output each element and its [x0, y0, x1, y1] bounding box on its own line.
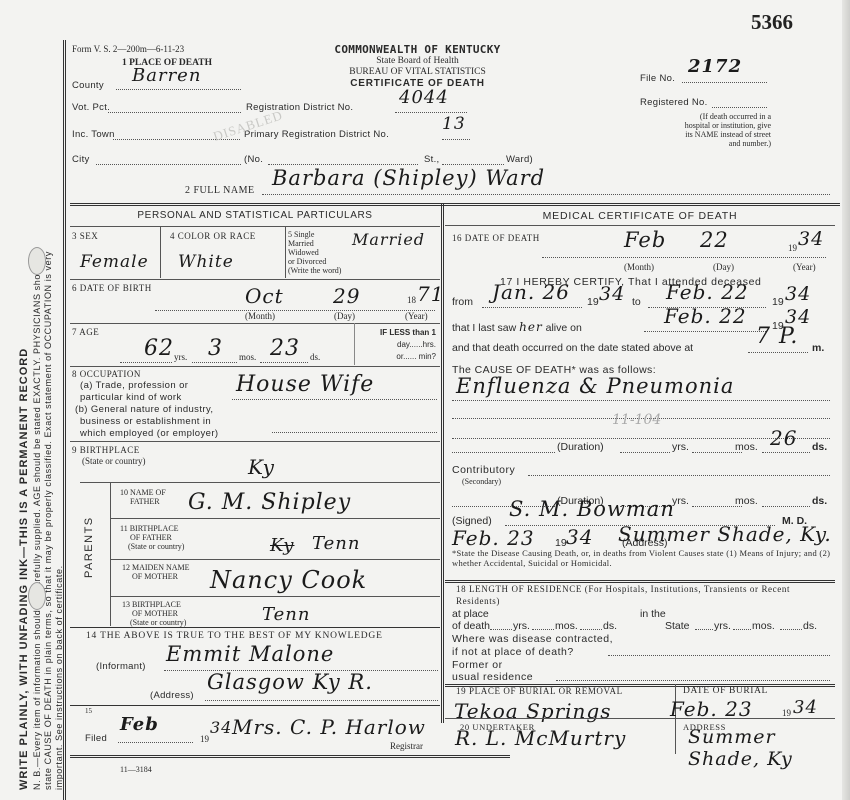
date-of-death-field[interactable]: Feb 22 19 34 — [542, 240, 826, 258]
attended-from-field[interactable]: Jan. 26 — [482, 286, 582, 308]
mother-name-value[interactable]: Nancy Cook — [210, 566, 367, 594]
cell-divider — [285, 226, 286, 278]
dod-day-caption: (Day) — [713, 262, 734, 272]
dod-year-caption: (Year) — [793, 262, 816, 272]
from-year-prefix: 19 — [587, 296, 599, 308]
length-of-residence-label: 18 LENGTH OF RESIDENCE (For Hospitals, I… — [456, 583, 836, 607]
residence-place-mos-field[interactable] — [532, 619, 554, 630]
parents-divider — [110, 482, 111, 626]
vot-pct-label: Vot. Pct. — [72, 102, 110, 113]
primary-reg-district-label: Primary Registration District No. — [244, 129, 389, 140]
sex-value[interactable]: Female — [80, 252, 149, 272]
row-divider — [445, 718, 835, 719]
registrar-label: Registrar — [390, 741, 423, 751]
city-no-label: (No. — [244, 154, 263, 165]
city-ward-field[interactable] — [442, 152, 504, 165]
age-ds-label: ds. — [310, 352, 320, 362]
county-label: County — [72, 80, 104, 91]
parents-side-label: PARENTS — [83, 516, 95, 578]
registration-district-label: Registration District No. — [246, 102, 353, 113]
signature-date[interactable]: Feb. 23 — [452, 526, 535, 550]
file-no-field[interactable]: 2172 — [682, 62, 767, 83]
row-divider — [70, 366, 440, 367]
attended-from-year[interactable]: 34 — [599, 283, 625, 305]
contrib-duration-ds-label: ds. — [812, 495, 827, 507]
age-months: 3 — [208, 336, 223, 361]
informant-value: Emmit Malone — [166, 642, 334, 666]
county-value: Barren — [132, 65, 201, 86]
margin-instruction-line3: state CAUSE OF DEATH in plain terms, so … — [43, 251, 53, 790]
margin-instruction-main: WRITE PLAINLY, WITH UNFADING INK—THIS IS… — [18, 348, 30, 790]
death-time-field[interactable]: 7 P. — [748, 330, 808, 353]
duration-ds-value: 26 — [770, 426, 797, 450]
birthplace-value[interactable]: Ky — [248, 455, 275, 479]
full-name-value: Barbara (Shipley) Ward — [272, 166, 545, 190]
occupation-label: 8 OCCUPATION — [72, 369, 141, 379]
residence-state-mos-field[interactable] — [733, 619, 751, 630]
mother-name-label-1: 12 MAIDEN NAME — [122, 563, 190, 572]
dob-day: 29 — [333, 284, 360, 308]
city-st-label: St., — [424, 154, 439, 165]
signature-year[interactable]: 34 — [566, 525, 593, 549]
mother-birthplace-label-2: OF MOTHER — [122, 609, 186, 618]
row-divider — [70, 226, 440, 227]
occupation-b-label-2: business or establishment in — [75, 416, 218, 428]
city-ward-label: Ward) — [506, 154, 533, 165]
duration-ds-field[interactable]: 26 — [762, 432, 810, 453]
informant-address-label: (Address) — [150, 690, 194, 701]
dob-month: Oct — [245, 284, 284, 308]
filed-year-prefix: 19 — [200, 734, 209, 744]
row-divider — [70, 279, 440, 280]
row-divider — [70, 323, 440, 324]
less-than-label: IF LESS than 1 — [358, 327, 436, 339]
margin-instruction-line2: N. B.—Every item of information should b… — [32, 260, 42, 790]
mother-name-label-2: OF MOTHER — [122, 572, 190, 581]
father-name-value[interactable]: G. M. Shipley — [188, 490, 351, 515]
contributory-field[interactable] — [528, 463, 830, 476]
row-divider — [445, 225, 835, 226]
file-no-label: File No. — [640, 73, 675, 84]
father-birthplace-label-1: 11 BIRTHPLACE — [120, 524, 184, 533]
print-code: 11—3184 — [120, 765, 152, 774]
filed-month-field[interactable]: Feb — [118, 722, 193, 743]
cause-footnote: *State the Disease Causing Death, or, in… — [452, 548, 832, 568]
last-saw-suffix: alive on — [546, 322, 582, 334]
former-residence-label-2: usual residence — [452, 671, 533, 683]
cause-of-death-field[interactable]: Enfluenza & Pneumonia — [452, 378, 830, 401]
father-birthplace-struck: Ky — [270, 535, 294, 556]
death-time-prefix: and that death occurred on the date stat… — [452, 342, 693, 354]
city-label: City — [72, 154, 90, 165]
duration-yrs-label: yrs. — [672, 441, 689, 453]
residence-place-yrs-label: yrs. — [513, 620, 530, 632]
contributory-sub-label: (Secondary) — [462, 477, 501, 486]
medical-section-title: MEDICAL CERTIFICATE OF DEATH — [445, 210, 835, 222]
occupation-a-label-1: (a) Trade, profession or — [75, 380, 218, 392]
informant-heading: 14 THE ABOVE IS TRUE TO THE BEST OF MY K… — [86, 631, 383, 641]
father-birthplace-label-2: OF FATHER — [120, 533, 184, 542]
dob-field[interactable]: Oct 29 18 71 — [155, 292, 435, 311]
last-saw-field[interactable]: Feb. 22 — [644, 311, 766, 332]
race-label: 4 COLOR OR RACE — [170, 231, 256, 241]
informant-field[interactable]: Emmit Malone — [164, 650, 438, 671]
undertaker-value[interactable]: R. L. McMurtry — [455, 726, 626, 750]
row-divider — [110, 559, 440, 560]
row-divider — [70, 441, 440, 442]
residence-place-mos-label: mos. — [555, 620, 578, 632]
vot-pct-field[interactable] — [108, 100, 241, 113]
filed-month-value: Feb — [120, 714, 159, 735]
in-state-label: State — [665, 620, 690, 632]
cause-pencil-note: 11-104 — [612, 412, 661, 428]
marital-label-widowed: Widowed — [288, 248, 341, 257]
occupation-b-field[interactable] — [272, 420, 437, 433]
dob-day-caption: (Day) — [334, 311, 355, 321]
birthplace-label: 9 BIRTHPLACE — [72, 445, 140, 455]
header-commonwealth: COMMONWEALTH OF KENTUCKY — [330, 43, 505, 56]
row-divider — [110, 596, 440, 597]
header-state-board: State Board of Health — [330, 56, 505, 67]
contracted-field[interactable] — [608, 645, 830, 656]
date-of-death-month: Feb — [624, 228, 666, 252]
primary-reg-district-field[interactable]: 13 — [442, 120, 470, 140]
contributory-label: Contributory — [452, 464, 515, 476]
residence-place-yrs-field[interactable] — [490, 619, 512, 630]
punch-hole — [28, 247, 46, 275]
race-value[interactable]: White — [178, 252, 234, 272]
form-left-border — [63, 40, 66, 800]
marital-status-value[interactable]: Married — [352, 230, 425, 249]
father-birthplace-label-3: (State or country) — [120, 542, 184, 551]
dob-month-caption: (Month) — [245, 311, 275, 321]
row-divider — [70, 755, 510, 758]
marital-label-single: 5 Single — [288, 230, 341, 239]
date-of-death-year: 34 — [798, 228, 824, 250]
row-divider — [110, 518, 440, 519]
sex-label: 3 SEX — [72, 231, 98, 241]
marital-label-married: Married — [288, 239, 341, 248]
mother-birthplace-label-3: (State or country) — [122, 618, 186, 627]
age-days: 23 — [270, 336, 300, 361]
burial-year-prefix: 19 — [782, 708, 791, 718]
or-min-label: or...... min? — [358, 351, 436, 363]
father-birthplace-value[interactable]: Tenn — [312, 533, 360, 554]
form-id: Form V. S. 2—200m—6-11-23 — [72, 44, 184, 54]
in-the-label: in the — [640, 608, 666, 620]
row-divider — [70, 705, 440, 706]
duration-label: (Duration) — [557, 441, 604, 453]
date-of-death-day: 22 — [700, 228, 729, 252]
occupation-b-label-1: (b) General nature of industry, — [75, 404, 218, 416]
county-field[interactable]: Barren — [116, 70, 241, 90]
at-place-label: at place — [452, 608, 489, 620]
residence-state-ds-label: ds. — [803, 620, 817, 632]
informant-address-field[interactable]: Glasgow Ky R. — [205, 678, 438, 701]
hospital-note: (If death occurred in a hospital or inst… — [676, 112, 771, 148]
dob-year-prefix: 18 — [407, 295, 416, 305]
former-residence-field[interactable] — [556, 670, 830, 681]
dob-label: 6 DATE OF BIRTH — [72, 283, 152, 293]
cause-of-death-value: Enfluenza & Pneumonia — [456, 374, 734, 398]
full-name-field[interactable]: Barbara (Shipley) Ward — [262, 168, 830, 195]
cell-divider — [354, 323, 355, 365]
attended-from-value: Jan. 26 — [492, 280, 570, 304]
former-residence-label-1: Former or — [452, 659, 503, 671]
filed-label: Filed — [85, 733, 107, 744]
residence-state-mos-label: mos. — [752, 620, 775, 632]
attended-to-label: to — [632, 296, 641, 308]
dod-month-caption: (Month) — [624, 262, 654, 272]
physician-address-value[interactable]: Summer Shade, Ky. — [618, 522, 832, 546]
punch-hole — [28, 582, 46, 610]
filed-number: 15 — [85, 707, 92, 715]
father-name-label-1: 10 NAME OF — [120, 488, 166, 497]
attended-to-value: Feb. 22 — [666, 280, 749, 304]
day-hrs-label: day......hrs. — [358, 339, 436, 351]
death-time-value: 7 P. — [756, 324, 798, 349]
registration-district-field[interactable]: 4044 — [395, 95, 467, 113]
mother-birthplace-label-1: 13 BIRTHPLACE — [122, 600, 186, 609]
occupation-b-label-3: which employed (or employer) — [75, 428, 218, 440]
date-of-death-year-prefix: 19 — [788, 243, 797, 253]
last-saw-prefix: that I last saw — [452, 322, 516, 334]
primary-reg-district-value: 13 — [442, 114, 466, 134]
occupation-a-label-2: particular kind of work — [75, 392, 218, 404]
registered-no-label: Registered No. — [640, 97, 708, 108]
scan-edge — [842, 0, 850, 800]
age-yrs-label: yrs. — [174, 352, 187, 362]
duration-prefix-field[interactable] — [452, 440, 555, 453]
residence-place-ds-field[interactable] — [580, 619, 602, 630]
cell-divider — [160, 226, 161, 278]
row-divider — [80, 482, 440, 483]
personal-section-title: PERSONAL AND STATISTICAL PARTICULARS — [70, 210, 440, 221]
physician-signature: S. M. Bowman — [509, 497, 675, 521]
header-bureau: BUREAU OF VITAL STATISTICS — [330, 67, 505, 78]
duration-yrs-field[interactable] — [620, 440, 670, 453]
informant-label: (Informant) — [96, 661, 146, 672]
stamp-number: 5366 — [751, 10, 793, 35]
undertaker-address-value[interactable]: Summer Shade, Ky — [688, 726, 850, 770]
contracted-label-2: if not at place of death? — [452, 646, 574, 658]
marital-label-instruction: (Write the word) — [288, 266, 341, 275]
dob-year-caption: (Year) — [405, 311, 428, 321]
file-no-value: 2172 — [688, 56, 742, 77]
city-field[interactable] — [96, 152, 241, 165]
contracted-label-1: Where was disease contracted, — [452, 633, 613, 645]
dob-year: 71 — [417, 282, 444, 306]
full-name-label: 2 FULL NAME — [185, 185, 255, 196]
age-years: 62 — [144, 336, 174, 361]
age-field[interactable]: 62 yrs. 3 mos. 23 ds. — [120, 342, 335, 362]
attended-to-year[interactable]: 34 — [785, 283, 811, 305]
burial-year-value[interactable]: 34 — [793, 697, 818, 718]
marital-label-divorced: or Divorced — [288, 257, 341, 266]
registration-district-value: 4044 — [399, 87, 449, 108]
duration-mos-label: mos. — [735, 441, 758, 453]
city-street-number-field[interactable] — [268, 152, 418, 165]
attended-from-label: from — [452, 296, 473, 308]
inc-town-label: Inc. Town — [72, 129, 115, 140]
residence-state-ds-field[interactable] — [780, 619, 802, 630]
occupation-a-value: House Wife — [236, 372, 374, 397]
burial-date-label: DATE OF BURIAL — [683, 686, 768, 696]
of-death-label: of death — [452, 620, 490, 632]
last-saw-pronoun[interactable]: her — [519, 320, 543, 334]
informant-address-value: Glasgow Ky R. — [207, 670, 373, 694]
death-time-suffix: m. — [812, 342, 824, 354]
registrar-signature[interactable]: Mrs. C. P. Harlow — [232, 715, 426, 739]
residence-state-yrs-field[interactable] — [695, 619, 713, 630]
burial-place-label: 19 PLACE OF BURIAL OR REMOVAL — [456, 686, 623, 696]
residence-state-yrs-label: yrs. — [714, 620, 731, 632]
filed-year-value[interactable]: 34 — [210, 718, 232, 737]
age-label: 7 AGE — [72, 327, 99, 337]
row-divider — [70, 627, 440, 628]
column-divider — [441, 203, 444, 723]
age-mos-label: mos. — [239, 352, 256, 362]
last-saw-value: Feb. 22 — [664, 304, 747, 328]
birthplace-sub-label: (State or country) — [82, 456, 145, 466]
registered-no-field[interactable] — [712, 95, 767, 108]
section-divider — [70, 203, 840, 206]
father-name-label-2: FATHER — [120, 497, 166, 506]
duration-ds-label: ds. — [812, 441, 827, 453]
burial-place-value[interactable]: Tekoa Springs — [454, 699, 611, 723]
to-year-prefix: 19 — [772, 296, 784, 308]
date-of-death-label: 16 DATE OF DEATH — [452, 233, 540, 243]
occupation-a-field[interactable]: House Wife — [232, 382, 437, 400]
mother-birthplace-value[interactable]: Tenn — [262, 604, 310, 625]
residence-place-ds-label: ds. — [603, 620, 617, 632]
